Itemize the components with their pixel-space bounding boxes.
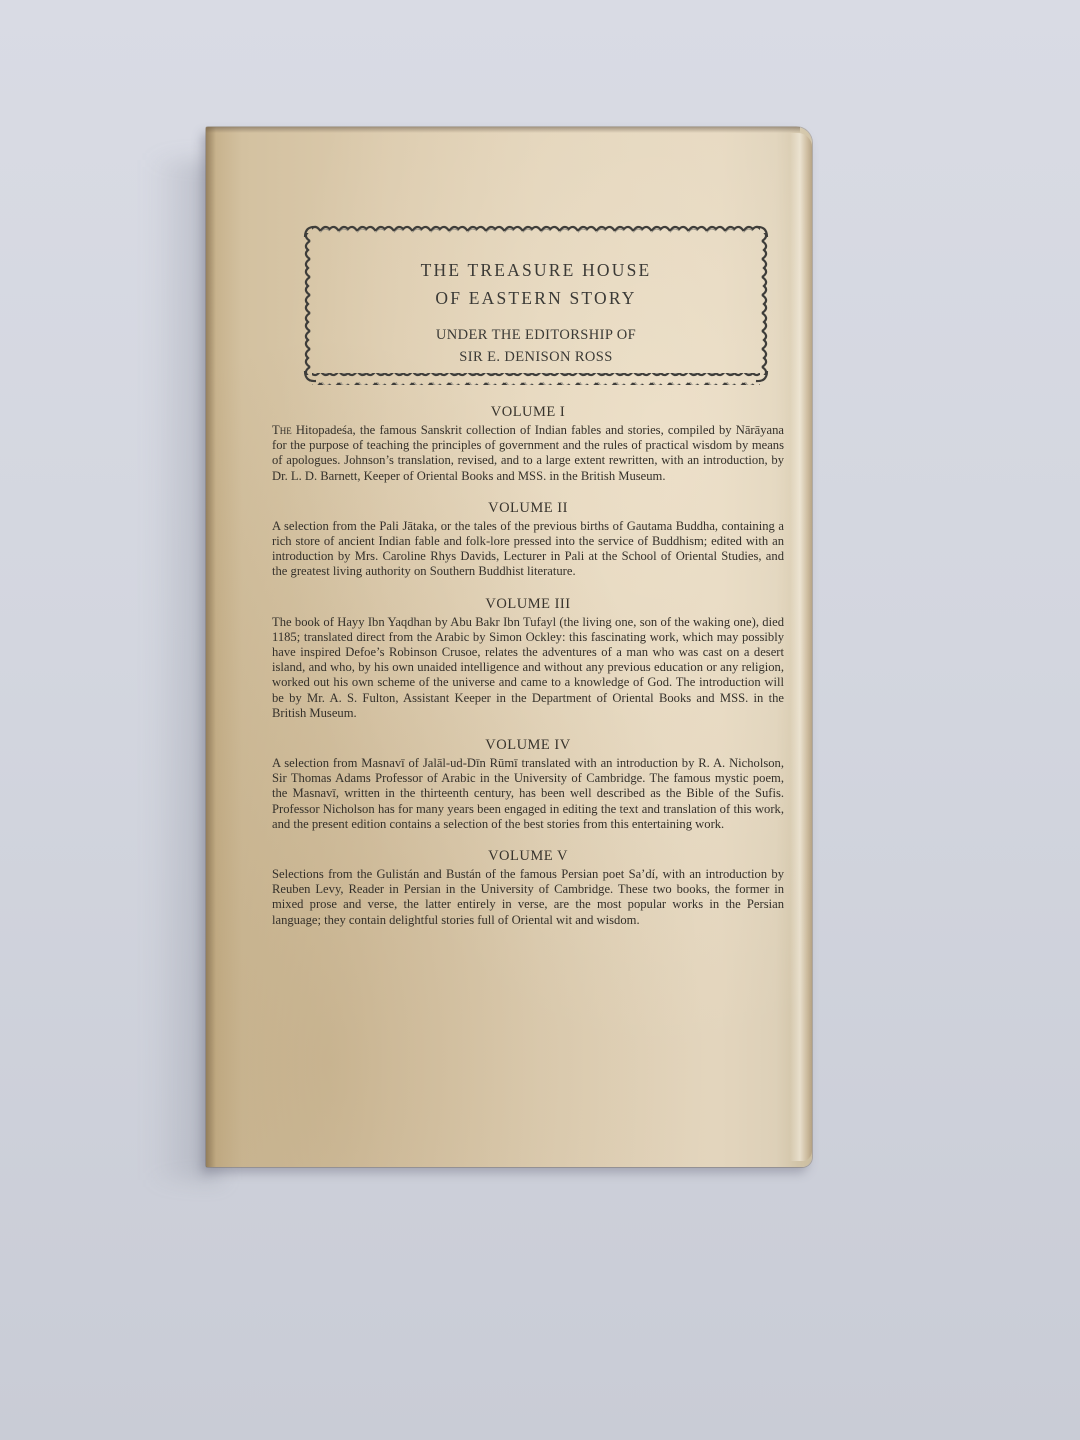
volume-description: Selections from the Gulistán and Bustán … <box>272 867 784 928</box>
volume-description: A selection from the Pali Jātaka, or the… <box>272 519 784 580</box>
book-back-cover: THE TREASURE HOUSE OF EASTERN STORY UNDE… <box>206 127 812 1167</box>
series-title: THE TREASURE HOUSE OF EASTERN STORY <box>302 256 770 312</box>
series-title-line-1: THE TREASURE HOUSE <box>302 256 770 284</box>
volume-text: Hitopadeśa, the famous Sanskrit collecti… <box>272 423 784 483</box>
volume-lead-word: The <box>272 423 292 437</box>
volume-1: VOLUME I The Hitopadeśa, the famous Sans… <box>272 403 784 484</box>
volume-heading: VOLUME IV <box>272 736 784 754</box>
volume-4: VOLUME IV A selection from Masnavī of Ja… <box>272 736 784 832</box>
cover-left-edge <box>206 127 216 1167</box>
volume-heading: VOLUME II <box>272 499 784 517</box>
volume-description: A selection from Masnavī of Jalāl-ud-Dīn… <box>272 756 784 832</box>
series-title-box: THE TREASURE HOUSE OF EASTERN STORY UNDE… <box>302 223 770 385</box>
volume-heading: VOLUME III <box>272 595 784 613</box>
volume-5: VOLUME V Selections from the Gulistán an… <box>272 847 784 928</box>
series-title-line-2: OF EASTERN STORY <box>302 284 770 312</box>
volume-heading: VOLUME V <box>272 847 784 865</box>
editorship-line-1: UNDER THE EDITORSHIP OF <box>302 324 770 346</box>
volume-description: The book of Hayy Ibn Yaqdhan by Abu Bakr… <box>272 615 784 721</box>
volumes-list: VOLUME I The Hitopadeśa, the famous Sans… <box>272 403 784 943</box>
volume-2: VOLUME II A selection from the Pali Jāta… <box>272 499 784 580</box>
volume-heading: VOLUME I <box>272 403 784 421</box>
editorship-credit: UNDER THE EDITORSHIP OF SIR E. DENISON R… <box>302 324 770 368</box>
volume-3: VOLUME III The book of Hayy Ibn Yaqdhan … <box>272 595 784 721</box>
volume-description: The Hitopadeśa, the famous Sanskrit coll… <box>272 423 784 484</box>
editorship-line-2: SIR E. DENISON ROSS <box>302 346 770 368</box>
